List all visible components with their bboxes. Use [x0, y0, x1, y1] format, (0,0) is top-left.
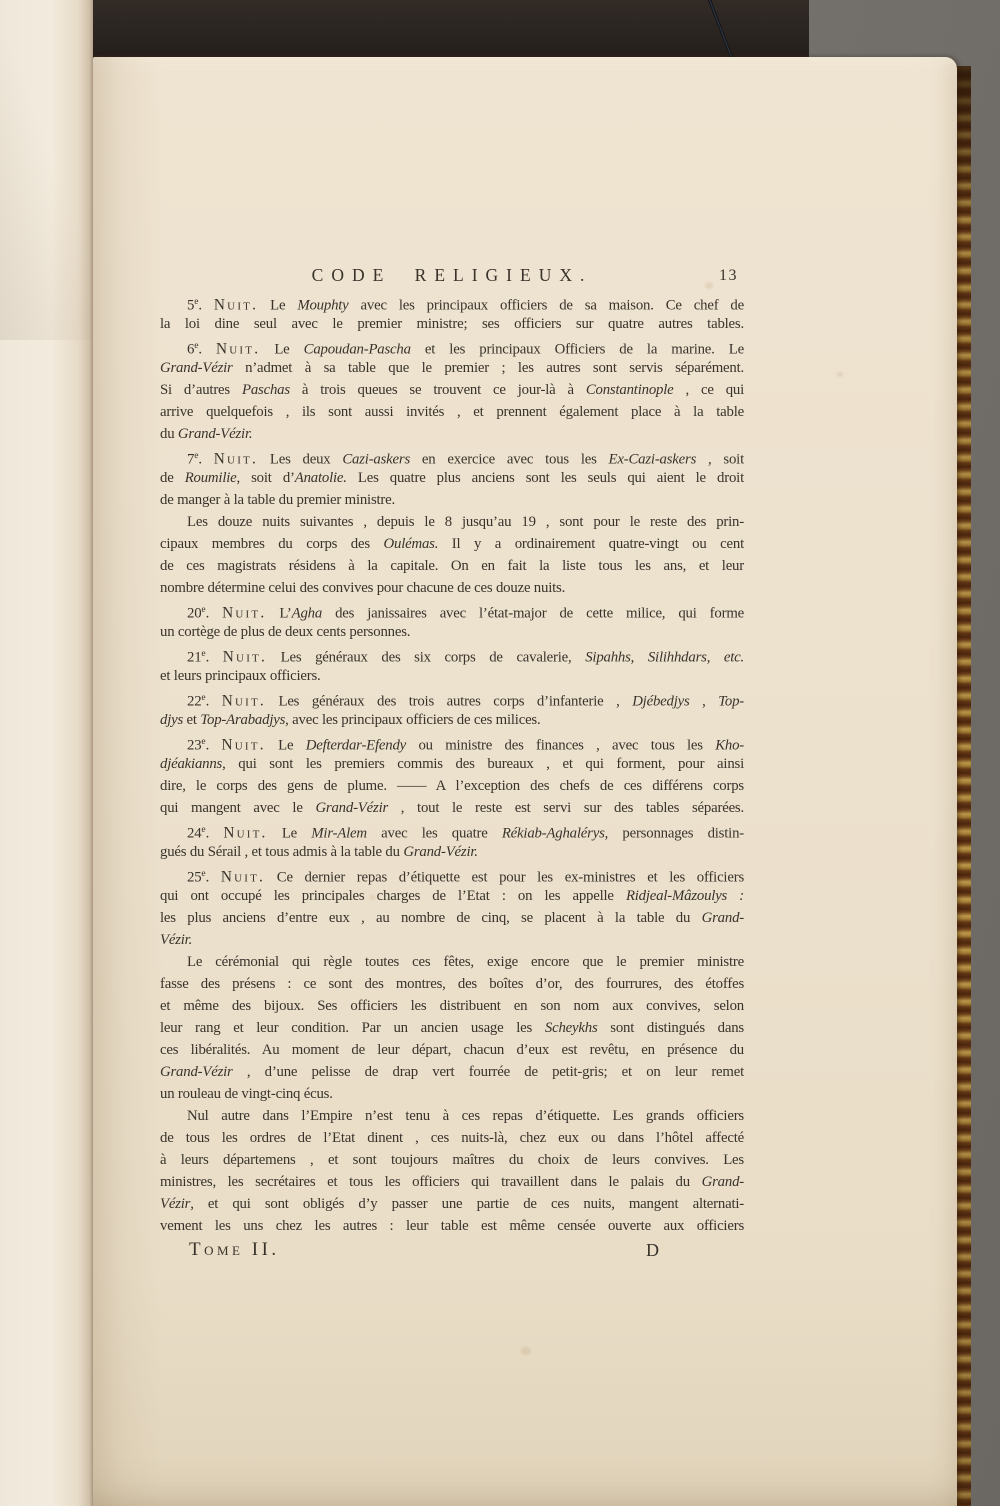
text-line: fasse des présens : ce sont des montres,… — [160, 973, 744, 995]
text-line: Grand-Vézir , d’une pelisse de drap vert… — [160, 1061, 744, 1083]
text-line: djys et Top-Arabadjys, avec les principa… — [160, 709, 744, 731]
text-line: qui ont occupé les principales charges d… — [160, 885, 744, 907]
text-line: 23e. Nuit. Le Defterdar-Efendy ou minist… — [160, 731, 744, 753]
page-footer: Tome II. D — [160, 1238, 744, 1266]
text-line: gués du Sérail , et tous admis à la tabl… — [160, 841, 744, 863]
text-line: et leurs principaux officiers. — [160, 665, 744, 687]
running-header: CODE RELIGIEUX. 13 — [160, 265, 744, 291]
text-line: de Roumilie, soit d’Anatolie. Les quatre… — [160, 467, 744, 489]
text-line: de manger à la table du premier ministre… — [160, 489, 744, 511]
text-line: vement les uns chez les autres : leur ta… — [160, 1215, 744, 1237]
text-line: ces libéralités. Au moment de leur dépar… — [160, 1039, 744, 1061]
text-line: ministres, les secrétaires et tous les o… — [160, 1171, 744, 1193]
text-line: du Grand-Vézir. — [160, 423, 744, 445]
text-line: nombre détermine celui des convives pour… — [160, 577, 744, 599]
book-photograph: CODE RELIGIEUX. 13 5e. Nuit. Le Mouphty … — [0, 0, 1000, 1506]
book-top-shadow-band — [93, 0, 809, 59]
page-text-body: 5e. Nuit. Le Mouphty avec les principaux… — [160, 291, 744, 1237]
text-line: Si d’autres Paschas à trois queues se tr… — [160, 379, 744, 401]
text-line: Vézir. — [160, 929, 744, 951]
text-line: 22e. Nuit. Les généraux des trois autres… — [160, 687, 744, 709]
text-line: Vézir, et qui sont obligés d’y passer un… — [160, 1193, 744, 1215]
text-line: arrive quelquefois , ils sont aussi invi… — [160, 401, 744, 423]
text-line: la loi dine seul avec le premier ministr… — [160, 313, 744, 335]
text-line: les plus anciens d’entre eux , au nombre… — [160, 907, 744, 929]
foxing-spot — [521, 1347, 531, 1355]
text-line: Grand-Vézir n’admet à sa table que le pr… — [160, 357, 744, 379]
text-line: à leurs départemens , et sont toujours m… — [160, 1149, 744, 1171]
text-line: de tous les ordres de l’Etat dinent , ce… — [160, 1127, 744, 1149]
text-line: 5e. Nuit. Le Mouphty avec les principaux… — [160, 291, 744, 313]
text-line: 25e. Nuit. Ce dernier repas d’étiquette … — [160, 863, 744, 885]
text-line: de ces magistrats résidens à la capitale… — [160, 555, 744, 577]
page-text: CODE RELIGIEUX. 13 5e. Nuit. Le Mouphty … — [160, 265, 744, 1266]
text-line: Les douze nuits suivantes , depuis le 8 … — [160, 511, 744, 533]
text-line: cipaux membres du corps des Oulémas. Il … — [160, 533, 744, 555]
volume-label: Tome II. — [189, 1239, 280, 1261]
text-line: 20e. Nuit. L’Agha des janissaires avec l… — [160, 599, 744, 621]
catchword: D — [646, 1240, 659, 1261]
page-number: 13 — [719, 267, 738, 285]
text-line: leur rang et leur condition. Par un anci… — [160, 1017, 744, 1039]
text-line: 7e. Nuit. Les deux Cazi-askers en exerci… — [160, 445, 744, 467]
text-line: un rouleau de vingt-cinq écus. — [160, 1083, 744, 1105]
text-line: et même des bijoux. Ses officiers les di… — [160, 995, 744, 1017]
facing-page-edge — [0, 0, 93, 1506]
text-line: 6e. Nuit. Le Capoudan-Pascha et les prin… — [160, 335, 744, 357]
text-line: Le cérémonial qui règle toutes ces fêtes… — [160, 951, 744, 973]
text-line: 24e. Nuit. Le Mir-Alem avec les quatre R… — [160, 819, 744, 841]
foxing-spot — [837, 372, 843, 377]
text-line: un cortège de plus de deux cents personn… — [160, 621, 744, 643]
text-line: Nul autre dans l’Empire n’est tenu à ces… — [160, 1105, 744, 1127]
book-page: CODE RELIGIEUX. 13 5e. Nuit. Le Mouphty … — [93, 57, 957, 1506]
page-title: CODE RELIGIEUX. — [312, 265, 593, 285]
text-line: dire, le corps des gens de plume. —— A l… — [160, 775, 744, 797]
text-line: 21e. Nuit. Les généraux des six corps de… — [160, 643, 744, 665]
text-line: djéakianns, qui sont les premiers commis… — [160, 753, 744, 775]
text-line: qui mangent avec le Grand-Vézir , tout l… — [160, 797, 744, 819]
